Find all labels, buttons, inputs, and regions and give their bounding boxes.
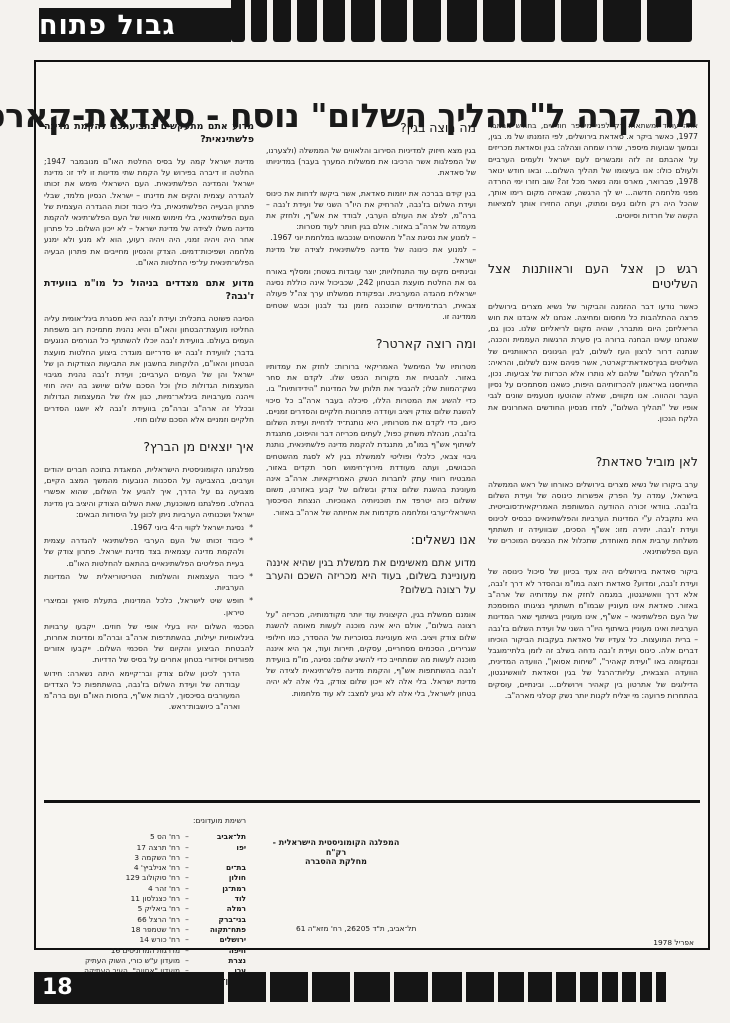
section-heading: רגש כן אצל העם וראוותנות אצל השליטים: [488, 261, 698, 291]
section-header-title: גבול פתוח: [39, 8, 231, 42]
club-row: בני־ברק–רח' הרצל 66: [46, 915, 246, 925]
clubs-list-title: רשימת מועדונים:: [104, 816, 246, 826]
section-heading: מה רוצה בגין?: [266, 120, 476, 135]
club-row: בת־ים–רח' אנילביץ' 4: [46, 863, 246, 873]
paragraph: מדינת ישראל קמה על בסיס החלטת האו"ם מנוב…: [44, 156, 254, 268]
publication-date: אפריל 1978: [653, 938, 694, 947]
bullet: – למנוע את נסיגת צה"ל מהשטחים שנכבשו במל…: [266, 232, 476, 243]
question-heading: מדוע אתם מתעקשים בתביעתכם להקמת מדינה פל…: [44, 120, 254, 146]
column-right: אתה עומד ומשתאה: רק לפני מיספר חודשים, ב…: [488, 120, 698, 796]
club-row: תל־אביב–רח' הס 5: [46, 832, 246, 842]
header-stripes: [231, 0, 692, 42]
party-signature: המפלגה הקומוניסטית הישראלית - רק"ח מחלקת…: [256, 838, 416, 867]
section-header-bar: גבול פתוח: [34, 0, 710, 42]
club-row: יפו–רח' תרצה 17: [46, 843, 246, 853]
paragraph: מטרותיו של המימשל האמריקאי ברורות: לחזק …: [266, 361, 476, 518]
section-heading: איך יוצאים מן הברץ?: [44, 439, 254, 454]
paragraph: הדרך לכינון שלום צודק ובר־קיימא היתה נשא…: [44, 668, 254, 713]
club-row: פתח־תקוה–רח' שטמפר 18: [46, 925, 246, 935]
club-row: רמלה–רח' ביאליק 5: [46, 904, 246, 914]
paragraph: אומנם ממשלת בגין, הקיצונית עוד יותר מקוד…: [266, 609, 476, 699]
paragraph: ביקור סאדאת בירושלים היה צעד בכיוון של ס…: [488, 566, 698, 700]
page-number: 18: [34, 972, 224, 1004]
list-item: חופש שיט לישראל, כלכל המדינות, בתעלת סוא…: [44, 595, 244, 617]
question: מדוע אתם מאשימים את ממשלת בגין שהיא איננ…: [266, 557, 476, 597]
party-address: תל־אביב, ת"ד 26205, רח' מזא"ה 61: [296, 924, 416, 933]
section-heading: לאן מוביל סאדאת?: [488, 454, 698, 469]
footer-bar: 18: [34, 972, 714, 1006]
horizontal-divider: [44, 800, 700, 803]
club-row: נצרת–מועדון ע"ש כורי, השוק העתיק: [46, 956, 246, 966]
article-frame: מה קרה ל"תהליך השלום" נוסח - סאדאת-קארטר…: [34, 60, 710, 950]
paragraph: מפלגתנו הקומוניסטית הישראלית, המאגדת בתו…: [44, 464, 254, 520]
club-row: חיפה–מדרגות המרוניטים 16: [46, 946, 246, 956]
question-heading: מדוע אתם מצדדים בניהול כל מו"מ בוועידת ז…: [44, 277, 254, 303]
list-item: נסיגת ישראל לקווי ה־4 ביוני 1967.: [44, 522, 244, 533]
paragraph: ובינתיים מקים עוד התנחלויות; יוצר עובדות…: [266, 266, 476, 322]
clubs-list: רשימת מועדונים: תל־אביב–רח' הס 5 יפו–רח'…: [46, 812, 246, 987]
club-row: –רח' השקמה 3: [46, 853, 246, 863]
paragraph: ערב ביקורו של נשיא מצרים בירושלים כאורחו…: [488, 479, 698, 557]
paragraph: כאשר נודעו דבר ההזמנה והביקור של נשיא מצ…: [488, 301, 698, 424]
paragraph: בגין קידם בברכה את יוזמות סאדאת, אשר ביק…: [266, 188, 476, 233]
intro-paragraph: אתה עומד ומשתאה: רק לפני מיספר חודשים, ב…: [488, 120, 698, 221]
paragraph: הסיבה פשוטה בתכלית: ועידת ז'נבה היא מסגר…: [44, 313, 254, 425]
footer-section: רשימת מועדונים: תל־אביב–רח' הס 5 יפו–רח'…: [46, 812, 698, 940]
paragraph: הסכמי השלום יהיו בעלי אופי של חוזים. ייק…: [44, 621, 254, 666]
club-row: חולון–רח' סוקולוב 129: [46, 873, 246, 883]
column-middle: מה רוצה בגין? בגין מצא חיזוק למדיניות הס…: [266, 120, 476, 796]
list-item: כיבוד זכותו של העם הערבי הפלשתינאי להגדר…: [44, 535, 244, 569]
peace-principles-list: נסיגת ישראל לקווי ה־4 ביוני 1967. כיבוד …: [44, 522, 254, 618]
list-item: כיבוד העצמאות והשלמות הטריטוריאלית של המ…: [44, 571, 244, 593]
club-row: לוד–רח' כצנלסון 11: [46, 894, 246, 904]
club-row: רמת־גן–רח' זהר 4: [46, 884, 246, 894]
bullet: – למנוע את כינונה של מדינה פלשתינאית לצי…: [266, 244, 476, 266]
section-heading: ומה רוצה קארטר?: [266, 336, 476, 351]
lead-paragraph: בגין מצא חיזוק למדיניות הסירוב והלאווים …: [266, 145, 476, 179]
column-left: מדוע אתם מתעקשים בתביעתכם להקמת מדינה פל…: [44, 120, 254, 796]
article-columns: אתה עומד ומשתאה: רק לפני מיספר חודשים, ב…: [44, 120, 698, 796]
section-heading: אנו נשאלים:: [266, 532, 476, 547]
club-row: ירושלים–רח' כורש 14: [46, 935, 246, 945]
